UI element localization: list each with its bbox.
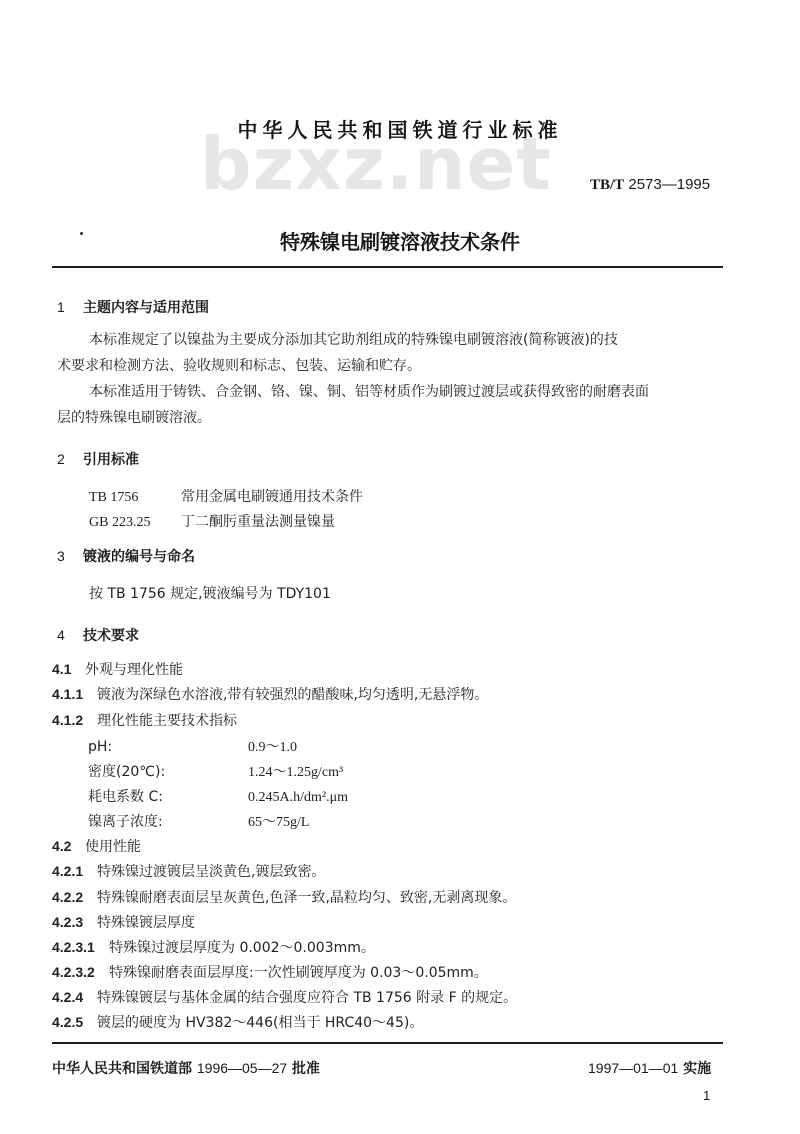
clause-text: 特殊镍耐磨表面层厚度:一次性刷镀厚度为 0.03～0.05mm。 [109,965,488,981]
clause-text: 理化性能主要技术指标 [97,713,237,729]
standard-code: TB/T 2573—1995 [590,176,710,194]
clause-4-2-5: 4.2.5镀层的硬度为 HV382～446(相当于 HRC40～45)。 [52,1012,423,1032]
section-number: 3 [57,548,83,564]
approve-date: 1996—05—27 [197,1060,287,1076]
clause-4-2: 4.2使用性能 [52,836,141,856]
clause-4-2-3: 4.2.3特殊镍镀层厚度 [52,912,195,932]
clause-text: 镀层的硬度为 HV382～446(相当于 HRC40～45)。 [97,1015,423,1031]
clause-number: 4.2 [52,838,85,854]
document-title: 特殊镍电刷镀溶液技术条件 [0,226,800,255]
s1-para2-line1: 本标准适用于铸铁、合金钢、铬、镍、铜、铝等材质作为刷镀过渡层或获得致密的耐磨表面 [89,379,649,405]
section-3-text: 按 TB 1756 规定,镀液编号为 TDY101 [89,583,331,603]
spec-label: pH: [88,739,248,755]
section-number: 2 [57,451,83,467]
header-divider [52,266,723,268]
section-title: 主题内容与适用范围 [83,300,209,316]
approver: 中华人民共和国铁道部 [52,1061,192,1077]
spec-value: 65～75g/L [248,815,309,830]
section-4-heading: 4技术要求 [57,625,139,645]
clause-number: 4.2.5 [52,1014,97,1030]
section-number: 1 [57,299,83,315]
clause-number: 4.2.3.2 [52,964,109,980]
page-number: 1 [703,1088,710,1103]
spec-label: 密度(20℃): [88,761,248,781]
clause-number: 4.2.3.1 [52,939,109,955]
standard-code-number: 2573—1995 [628,176,710,193]
clause-4-1-2: 4.1.2理化性能主要技术指标 [52,710,237,730]
clause-number: 4.2.4 [52,989,97,1005]
clause-4-2-3-2: 4.2.3.2特殊镍耐磨表面层厚度:一次性刷镀厚度为 0.03～0.05mm。 [52,962,488,982]
s1-para1-line1: 本标准规定了以镍盐为主要成分添加其它助剂组成的特殊镍电刷镀溶液(简称镀液)的技 [89,327,618,353]
approval-info: 中华人民共和国铁道部 1996—05—27 批准 [52,1058,320,1078]
clause-number: 4.1.2 [52,712,97,728]
clause-text: 使用性能 [85,839,141,855]
section-3-heading: 3镀液的编号与命名 [57,546,195,566]
section-1-heading: 1主题内容与适用范围 [57,297,209,317]
clause-text: 外观与理化性能 [85,662,183,678]
clause-number: 4.1.1 [52,686,97,702]
spec-label: 耗电系数 C: [88,786,248,806]
clause-4-2-1: 4.2.1特殊镍过渡镀层呈淡黄色,镀层致密。 [52,861,325,881]
reference-code: TB 1756 [89,490,181,506]
clause-4-2-2: 4.2.2特殊镍耐磨表面层呈灰黄色,色泽一致,晶粒均匀、致密,无剥离现象。 [52,887,516,907]
clause-number: 4.2.3 [52,914,97,930]
spec-value: 1.24～1.25g/cm³ [248,765,343,780]
approve-label: 批准 [292,1061,320,1077]
spec-row: pH:0.9～1.0 [88,736,297,756]
effective-info: 1997—01—01 实施 [588,1058,711,1078]
standard-code-prefix: TB/T [590,177,624,193]
clause-text: 特殊镍镀层与基体金属的结合强度应符合 TB 1756 附录 F 的规定。 [97,990,517,1006]
watermark: bzxz.net [200,128,552,200]
spec-row: 密度(20℃):1.24～1.25g/cm³ [88,761,343,781]
clause-text: 镀液为深绿色水溶液,带有较强烈的醋酸味,均匀透明,无悬浮物。 [97,687,488,703]
clause-4-1-1: 4.1.1镀液为深绿色水溶液,带有较强烈的醋酸味,均匀透明,无悬浮物。 [52,684,488,704]
section-title: 引用标准 [83,452,139,468]
reference-item: GB 223.25丁二酮肟重量法测量镍量 [89,511,335,531]
clause-4-2-4: 4.2.4特殊镍镀层与基体金属的结合强度应符合 TB 1756 附录 F 的规定… [52,987,517,1007]
clause-text: 特殊镍过渡层厚度为 0.002～0.003mm。 [109,940,375,956]
effective-date: 1997—01—01 [588,1060,678,1076]
section-number: 4 [57,627,83,643]
clause-4-2-3-1: 4.2.3.1特殊镍过渡层厚度为 0.002～0.003mm。 [52,937,375,957]
clause-number: 4.2.2 [52,889,97,905]
reference-title: 丁二酮肟重量法测量镍量 [181,514,335,530]
spec-value: 0.245A.h/dm².μm [248,790,348,805]
s1-para2-line2: 层的特殊镍电刷镀溶液。 [57,405,211,431]
section-title: 镀液的编号与命名 [83,549,195,565]
clause-text: 特殊镍镀层厚度 [97,915,195,931]
spec-row: 耗电系数 C:0.245A.h/dm².μm [88,786,348,806]
clause-text: 特殊镍过渡镀层呈淡黄色,镀层致密。 [97,864,325,880]
section-2-heading: 2引用标准 [57,449,139,469]
s1-para1-line2: 术要求和检测方法、验收规则和标志、包装、运输和贮存。 [57,353,421,379]
spec-label: 镍离子浓度: [88,811,248,831]
effective-label: 实施 [683,1061,711,1077]
clause-4-1: 4.1外观与理化性能 [52,659,183,679]
clause-number: 4.1 [52,661,85,677]
section-title: 技术要求 [83,628,139,644]
clause-text: 特殊镍耐磨表面层呈灰黄色,色泽一致,晶粒均匀、致密,无剥离现象。 [97,890,516,906]
spec-value: 0.9～1.0 [248,740,297,755]
footer-divider [52,1042,723,1044]
clause-number: 4.2.1 [52,863,97,879]
reference-title: 常用金属电刷镀通用技术条件 [181,489,363,505]
spec-row: 镍离子浓度:65～75g/L [88,811,309,831]
reference-item: TB 1756常用金属电刷镀通用技术条件 [89,486,363,506]
reference-code: GB 223.25 [89,515,181,531]
